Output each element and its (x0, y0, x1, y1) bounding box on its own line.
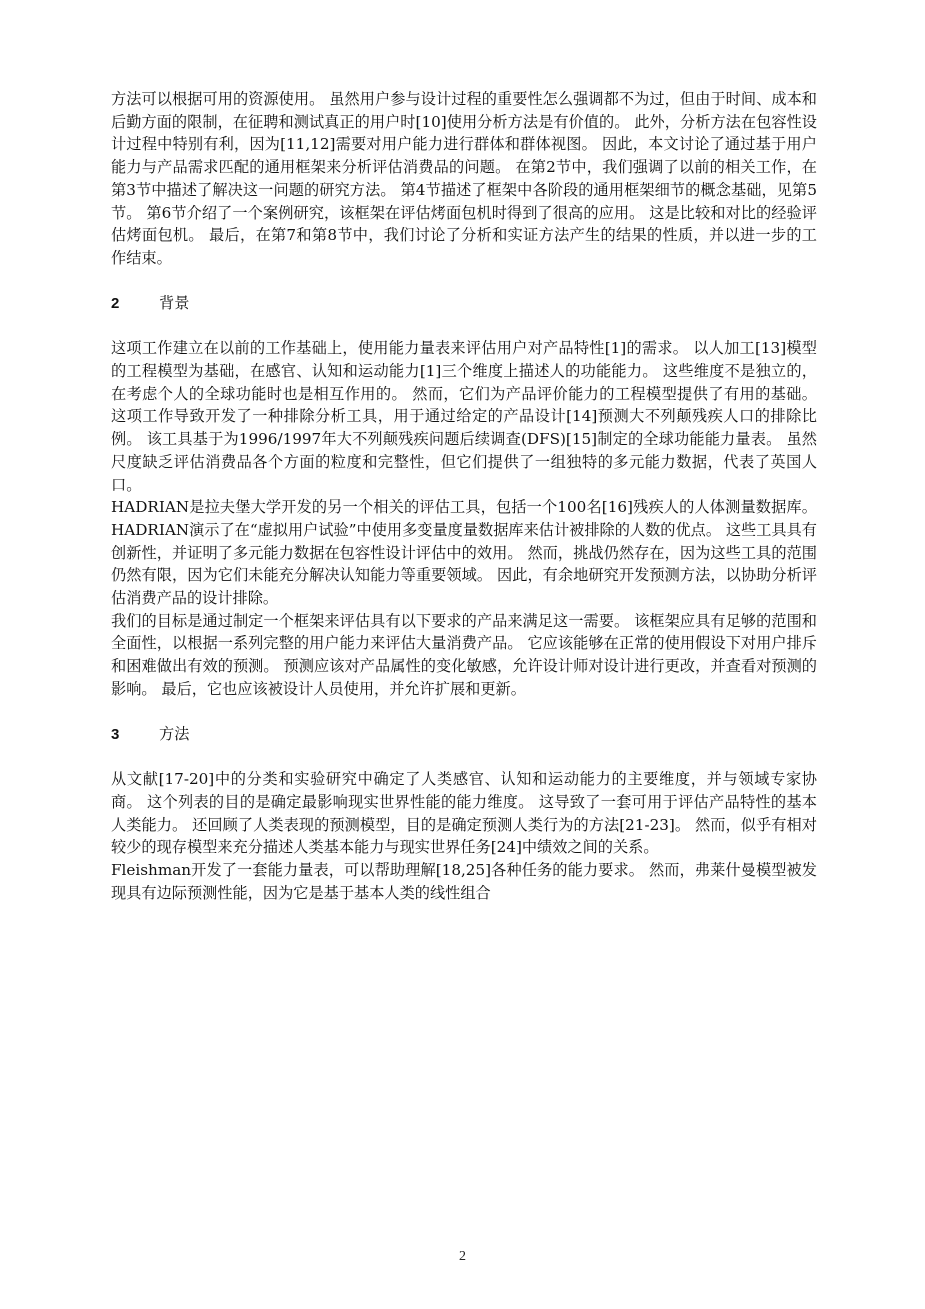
section-heading-method: 3 方法 (111, 723, 817, 746)
section-title: 方法 (159, 723, 189, 746)
background-paragraph-2: HADRIAN是拉夫堡大学开发的另一个相关的评估工具，包括一个100名[16]残… (111, 496, 817, 610)
section-number: 2 (111, 293, 159, 316)
background-paragraph-3: 我们的目标是通过制定一个框架来评估具有以下要求的产品来满足这一需要。 该框架应具… (111, 610, 817, 701)
document-page: 方法可以根据可用的资源使用。 虽然用户参与设计过程的重要性怎么强调都不为过，但由… (111, 88, 817, 904)
section-title: 背景 (159, 292, 189, 315)
background-paragraph-1: 这项工作建立在以前的工作基础上，使用能力量表来评估用户对产品特性[1]的需求。 … (111, 337, 817, 496)
intro-paragraph: 方法可以根据可用的资源使用。 虽然用户参与设计过程的重要性怎么强调都不为过，但由… (111, 88, 817, 270)
section-number: 3 (111, 724, 159, 747)
page-number: 2 (0, 1249, 925, 1265)
section-heading-background: 2 背景 (111, 292, 817, 315)
method-paragraph-2: Fleishman开发了一套能力量表，可以帮助理解[18,25]各种任务的能力要… (111, 859, 817, 904)
method-paragraph-1: 从文献[17-20]中的分类和实验研究中确定了人类感官、认知和运动能力的主要维度… (111, 768, 817, 859)
